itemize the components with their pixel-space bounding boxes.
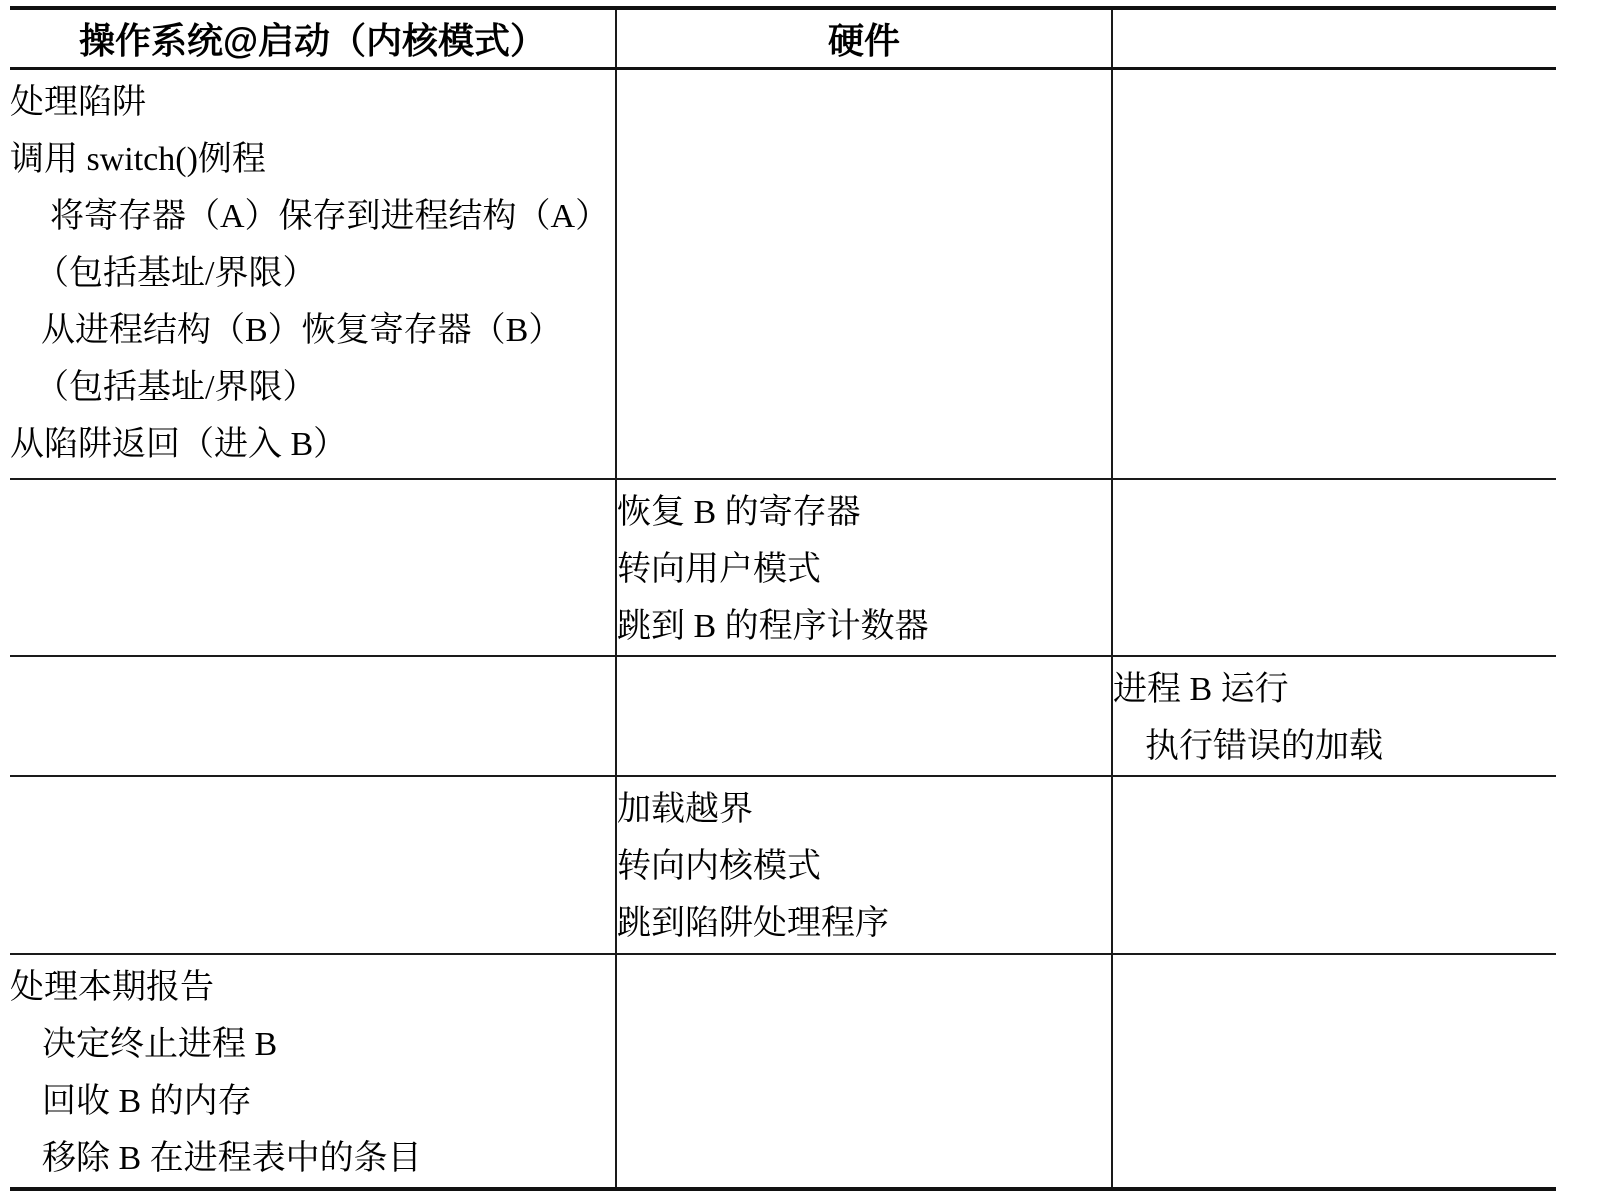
os-cell: 处理陷阱 调用 switch()例程 将寄存器（A）保存到进程结构（A） （包括… — [10, 68, 616, 479]
cell-line: 移除 B 在进程表中的条目 — [10, 1130, 607, 1187]
program-cell-empty — [1112, 68, 1556, 479]
table-row: 恢复 B 的寄存器 转向用户模式 跳到 B 的程序计数器 — [10, 479, 1556, 656]
document-page: 操作系统@启动（内核模式） 硬件 处理陷阱 调用 switch()例程 将寄存器… — [0, 0, 1600, 1204]
header-cell-program — [1112, 8, 1556, 68]
hardware-cell: 恢复 B 的寄存器 转向用户模式 跳到 B 的程序计数器 — [616, 479, 1112, 656]
program-cell-empty — [1112, 954, 1556, 1189]
hardware-cell: 加载越界 转向内核模式 跳到陷阱处理程序 — [616, 776, 1112, 954]
program-cell-empty — [1112, 776, 1556, 954]
cell-line: 将寄存器（A）保存到进程结构（A） — [10, 188, 607, 245]
cell-line: 决定终止进程 B — [10, 1016, 607, 1073]
cell-line: 转向用户模式 — [617, 541, 1103, 598]
cell-line: 从陷阱返回（进入 B） — [10, 416, 607, 473]
cell-line: 恢复 B 的寄存器 — [617, 484, 1103, 541]
header-cell-os: 操作系统@启动（内核模式） — [10, 8, 616, 68]
cell-line: 调用 switch()例程 — [10, 131, 607, 188]
cell-line: 处理本期报告 — [10, 959, 607, 1016]
cell-line: 跳到陷阱处理程序 — [617, 895, 1103, 952]
hardware-cell-empty — [616, 68, 1112, 479]
table-row: 加载越界 转向内核模式 跳到陷阱处理程序 — [10, 776, 1556, 954]
os-cell-empty — [10, 776, 616, 954]
os-cell-empty — [10, 656, 616, 776]
table-row: 进程 B 运行 执行错误的加载 — [10, 656, 1556, 776]
cell-line: （包括基址/界限） — [10, 359, 607, 416]
program-cell-empty — [1112, 479, 1556, 656]
os-cell: 处理本期报告 决定终止进程 B 回收 B 的内存 移除 B 在进程表中的条目 — [10, 954, 616, 1189]
table-header-row: 操作系统@启动（内核模式） 硬件 — [10, 8, 1556, 68]
cell-line: 回收 B 的内存 — [10, 1073, 607, 1130]
table-row: 处理陷阱 调用 switch()例程 将寄存器（A）保存到进程结构（A） （包括… — [10, 68, 1556, 479]
cell-line: 进程 B 运行 — [1113, 661, 1548, 718]
os-cell-empty — [10, 479, 616, 656]
table-row: 处理本期报告 决定终止进程 B 回收 B 的内存 移除 B 在进程表中的条目 — [10, 954, 1556, 1189]
cell-line: 从进程结构（B）恢复寄存器（B） — [10, 302, 607, 359]
cell-line: 执行错误的加载 — [1113, 718, 1548, 775]
cell-line: 跳到 B 的程序计数器 — [617, 598, 1103, 655]
limited-direct-execution-table: 操作系统@启动（内核模式） 硬件 处理陷阱 调用 switch()例程 将寄存器… — [10, 6, 1556, 1191]
cell-line: 加载越界 — [617, 781, 1103, 838]
cell-line: 处理陷阱 — [10, 74, 607, 131]
header-cell-hardware: 硬件 — [616, 8, 1112, 68]
hardware-cell-empty — [616, 954, 1112, 1189]
program-cell: 进程 B 运行 执行错误的加载 — [1112, 656, 1556, 776]
cell-line: 转向内核模式 — [617, 838, 1103, 895]
hardware-cell-empty — [616, 656, 1112, 776]
cell-line: （包括基址/界限） — [10, 245, 607, 302]
